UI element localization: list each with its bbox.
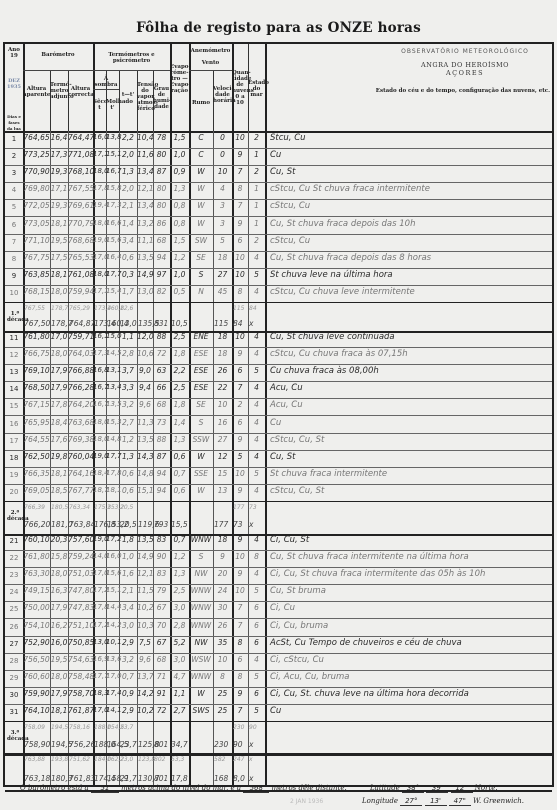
cell-cor: 768,10: [68, 167, 93, 176]
cell-rumo: SSE: [189, 469, 213, 478]
cell-grau: 80: [153, 184, 170, 193]
summary-value: 20,5: [120, 504, 133, 511]
cell-grau: 83: [153, 535, 170, 544]
cell-ten: 9,6: [137, 400, 153, 409]
cell-mar: 4: [248, 569, 265, 578]
observatory-stamp: OBSERVATÓRIO METEOROLÓGICO ANGRA DO HERO…: [385, 48, 545, 77]
table-row: 16765,9518,4763,6818,015,32,711,3731,4S1…: [5, 416, 552, 434]
cell-mol: 15,0: [106, 332, 119, 340]
cell-nuv: 2: [232, 400, 248, 409]
day-number: 3: [7, 169, 21, 177]
cell-mol: 16,0: [106, 552, 119, 560]
cell-seco: 17,0: [93, 569, 106, 577]
cell-vel: 0: [213, 150, 232, 159]
summary-value: 801: [154, 740, 168, 749]
cell-seco: 18,0: [93, 219, 106, 227]
day-number: 25: [7, 605, 21, 613]
day-number: 16: [7, 420, 21, 428]
summary-value: 230: [214, 740, 228, 749]
cell-vel: 3: [213, 219, 232, 228]
cell-mol: 14,5: [106, 349, 119, 357]
cell-rumo: WNW: [189, 535, 213, 544]
cell-mol: 16,4: [106, 253, 119, 261]
table-row: 9763,8518,1761,0818,017,70,314,9971,0S27…: [5, 268, 552, 286]
cell-mol: 14,8: [106, 435, 119, 443]
cell-ten: 13,5: [137, 535, 153, 544]
cell-remarks: Acu, Cu: [270, 383, 550, 393]
cell-grau: 83: [153, 569, 170, 578]
cell-evap: 1,4: [170, 418, 189, 427]
cell-evap: 0,8: [170, 219, 189, 228]
day-number: 21: [7, 537, 21, 545]
cell-evap: 0,7: [170, 535, 189, 544]
cell-ten: 9,6: [137, 655, 153, 664]
cell-rumo: WNW: [189, 603, 213, 612]
cell-remarks: Acu, Cu: [270, 400, 550, 410]
summary-value: 84: [249, 305, 257, 312]
table-row: 14768,5017,9766,2816,713,43,39,4662,5ESE…: [5, 381, 552, 399]
cell-cor: 747,83: [68, 603, 93, 612]
cell-cor: 758,48: [68, 672, 93, 681]
cell-remarks: cStcu, Cu: [270, 236, 550, 246]
summary-value: x: [249, 319, 253, 328]
cell-vel: 24: [213, 586, 232, 595]
cell-evap: 3,0: [170, 603, 189, 612]
cell-alt: 769,10: [23, 366, 50, 375]
cell-seco: 19,4: [93, 201, 106, 209]
cell-evap: 1,0: [170, 270, 189, 279]
cell-seco: 17,8: [93, 184, 106, 192]
cell-ter: 19,5: [50, 236, 68, 245]
cell-evap: 1,8: [170, 400, 189, 409]
cell-grau: 82: [153, 287, 170, 296]
page-title: Fôlha de registo para as ONZE horas: [0, 20, 557, 36]
longitude-seconds: 47": [449, 797, 471, 806]
cell-cor: 769,61: [68, 201, 93, 210]
summary-value: 247: [233, 756, 244, 763]
cell-vel: 15: [213, 469, 232, 478]
barometer-text-1: O barómetro está a: [20, 784, 89, 792]
cell-rumo: ENE: [189, 332, 213, 341]
day-number: 29: [7, 674, 21, 682]
summary-value: 73: [249, 504, 257, 511]
summary-value: 766,20: [24, 520, 50, 529]
cell-diff: 0,3: [119, 270, 137, 279]
day-number: 26: [7, 623, 21, 631]
table-row: 13769,1017,9766,8816,813,13,79,0632,2ESE…: [5, 364, 552, 382]
cell-remarks: Ci, Cu, bruma: [270, 621, 550, 631]
cell-mol: 13,4: [106, 383, 119, 391]
day-number: 6: [7, 221, 21, 229]
summary-value: x: [249, 520, 253, 529]
table-row: 31764,1018,1761,8717,014,12,910,2722,7SW…: [5, 704, 552, 722]
summary-value: 90: [233, 740, 243, 749]
cell-evap: 2,7: [170, 706, 189, 715]
cell-grau: 68: [153, 655, 170, 664]
col-evaporometro: Evapo-róme-tro — Evapo-ração: [170, 64, 189, 94]
register-sheet: Ano 19 DEZ 1935 Dias e fases da lua Baró…: [3, 42, 554, 787]
received-stamp: 2 JAN 1936: [290, 798, 323, 805]
cell-vel: 10: [213, 655, 232, 664]
cell-evap: 1,2: [170, 552, 189, 561]
cell-rumo: WSW: [189, 655, 213, 664]
cell-grau: 80: [153, 150, 170, 159]
cell-seco: 17,1: [93, 150, 106, 158]
cell-mar: 5: [248, 706, 265, 715]
cell-cor: 763,68: [68, 418, 93, 427]
latitude-seconds: 12": [451, 784, 473, 793]
summary-value: 767,50: [24, 319, 50, 328]
cell-mol: 17,4: [106, 689, 119, 697]
cell-nuv: 7: [232, 621, 248, 630]
cell-grau: 90: [153, 552, 170, 561]
cell-cor: 759,71: [68, 332, 93, 341]
cell-cor: 747,80: [68, 586, 93, 595]
cell-mar: 2: [248, 167, 265, 176]
table-row: 10768,1518,0759,9417,115,41,713,0820,5N4…: [5, 285, 552, 303]
table-row: 2773,2517,3771,0817,115,12,011,6801,0C09…: [5, 148, 552, 166]
cell-alt: 761,80: [23, 552, 50, 561]
col-remarks: Estado do céu e do tempo, configuração d…: [260, 88, 550, 94]
cell-vel: 12: [213, 452, 232, 461]
table-row: 30759,9017,9758,7018,317,40,914,2911,1W2…: [5, 687, 552, 705]
cell-ter: 19,8: [50, 452, 68, 461]
cell-nuv: 8: [232, 184, 248, 193]
cell-diff: 1,2: [119, 435, 137, 444]
cell-cor: 761,87: [68, 706, 93, 715]
cell-ter: 17,3: [50, 150, 68, 159]
cell-cor: 764,03: [68, 349, 93, 358]
cell-nuv: 7: [232, 383, 248, 392]
cell-mar: 6: [248, 638, 265, 647]
cell-grau: 78: [153, 133, 170, 142]
cell-vel: 45: [213, 287, 232, 296]
cell-mol: 14,2: [106, 621, 119, 629]
cell-grau: 94: [153, 253, 170, 262]
table-row: 20769,0518,5767,7718,718,10,615,1940,6W1…: [5, 484, 552, 502]
cell-rumo: W: [189, 201, 213, 210]
cell-remarks: Cu: [270, 706, 550, 716]
cell-alt: 770,90: [23, 167, 50, 176]
cell-mar: 4: [248, 418, 265, 427]
cell-alt: 767,75: [23, 253, 50, 262]
cell-grau: 91: [153, 689, 170, 698]
day-number: 2: [7, 152, 21, 160]
cell-nuv: 9: [232, 219, 248, 228]
cell-ter: 17,1: [50, 184, 68, 193]
cell-rumo: ESE: [189, 349, 213, 358]
days-label: Dias e fases da lua: [5, 114, 23, 132]
cell-vel: 26: [213, 366, 232, 375]
cell-vel: 4: [213, 184, 232, 193]
table-row: 11761,8017,0759,7116,115,01,112,0882,5EN…: [5, 330, 552, 348]
cell-diff: 3,0: [119, 621, 137, 630]
cell-grau: 86: [153, 219, 170, 228]
summary-value: 758,16: [69, 724, 90, 731]
cell-mol: 13,6: [106, 655, 119, 663]
cell-nuv: 9: [232, 689, 248, 698]
cell-mol: 17,8: [106, 469, 119, 477]
barometer-text-3: metros dêle distante.: [272, 784, 347, 792]
day-number: 17: [7, 437, 21, 445]
summary-value: 180,5: [51, 504, 68, 511]
cell-diff: 1,0: [119, 552, 137, 561]
cell-nuv: 10: [232, 552, 248, 561]
cell-ten: 9,0: [137, 366, 153, 375]
cell-alt: 764,55: [23, 435, 50, 444]
cell-grau: 72: [153, 706, 170, 715]
cell-mol: 13,1: [106, 366, 119, 374]
day-number: 5: [7, 203, 21, 211]
cell-nuv: 6: [232, 366, 248, 375]
cell-ten: 14,9: [137, 270, 153, 279]
cell-mol: 13,8: [106, 133, 119, 141]
year-label: Ano 19: [5, 47, 23, 59]
cell-ter: 17,0: [50, 332, 68, 341]
cell-diff: 1,4: [119, 219, 137, 228]
cell-seco: 18,0: [93, 435, 106, 443]
cell-remarks: cStcu, Cu, St: [270, 435, 550, 445]
cell-cor: 761,08: [68, 270, 93, 279]
cell-alt: 763,30: [23, 569, 50, 578]
cell-evap: 2,5: [170, 383, 189, 392]
cell-seco: 17,3: [93, 349, 106, 357]
cell-cor: 766,88: [68, 366, 93, 375]
cell-seco: 17,2: [93, 621, 106, 629]
day-number: 20: [7, 488, 21, 496]
cell-cor: 758,70: [68, 689, 93, 698]
cell-alt: 762,50: [23, 452, 50, 461]
cell-mar: 4: [248, 400, 265, 409]
cell-vel: 13: [213, 486, 232, 495]
decade-label: 2.ª década: [7, 510, 23, 522]
cell-rumo: SW: [189, 236, 213, 245]
cell-seco: 18,0: [93, 167, 106, 175]
cell-nuv: 10: [232, 253, 248, 262]
cell-diff: 2,0: [119, 150, 137, 159]
summary-value: 763,84: [69, 520, 95, 529]
cell-vel: 27: [213, 435, 232, 444]
cell-grau: 94: [153, 486, 170, 495]
cell-alt: 759,90: [23, 689, 50, 698]
cell-mar: 4: [248, 435, 265, 444]
cell-alt: 764,10: [23, 706, 50, 715]
cell-diff: 1,3: [119, 452, 137, 461]
summary-value: 34,7: [171, 740, 188, 749]
cell-ten: 10,2: [137, 603, 153, 612]
cell-ten: 9,4: [137, 383, 153, 392]
cell-diff: 0,6: [119, 253, 137, 262]
cell-mol: 17,3: [106, 201, 119, 209]
cell-vel: 10: [213, 400, 232, 409]
cell-ter: 18,0: [50, 672, 68, 681]
cell-seco: 17,0: [93, 706, 106, 714]
cell-cor: 765,53: [68, 253, 93, 262]
cell-ten: 14,3: [137, 452, 153, 461]
cell-seco: 19,0: [93, 535, 106, 543]
cell-diff: 0,9: [119, 689, 137, 698]
cell-ten: 10,6: [137, 349, 153, 358]
summary-value: 73: [233, 520, 243, 529]
cell-grau: 72: [153, 349, 170, 358]
cell-diff: 2,0: [119, 184, 137, 193]
cell-ten: 13,4: [137, 167, 153, 176]
day-number: 22: [7, 554, 21, 562]
decade-summary-first: 1.ª década767,55178,7765,29173,4160,812,…: [5, 302, 552, 333]
table-row: 4769,8017,1767,5517,815,82,012,1801,3W48…: [5, 182, 552, 200]
table-row: 18762,5019,8760,0419,017,71,314,3870,6W1…: [5, 450, 552, 468]
cell-ter: 18,5: [50, 486, 68, 495]
cell-rumo: W: [189, 486, 213, 495]
table-row: 21760,1020,3757,6019,017,21,813,5830,7WN…: [5, 533, 552, 551]
day-number: 10: [7, 289, 21, 297]
cell-mol: 15,1: [106, 150, 119, 158]
cell-seco: 16,8: [93, 366, 106, 374]
cell-cor: 771,08: [68, 150, 93, 159]
cell-alt: 773,05: [23, 219, 50, 228]
cell-ten: 13,7: [137, 672, 153, 681]
cell-ter: 17,6: [50, 435, 68, 444]
cell-remarks: cStcu, Cu, St: [270, 486, 550, 496]
cell-mar: 5: [248, 469, 265, 478]
cell-grau: 87: [153, 167, 170, 176]
cell-mar: 4: [248, 486, 265, 495]
summary-value: 793: [154, 520, 168, 529]
cell-mol: 16,7: [106, 167, 119, 175]
cell-rumo: W: [189, 689, 213, 698]
cell-nuv: 9: [232, 569, 248, 578]
cell-remarks: cStcu, Cu: [270, 201, 550, 211]
summary-value: 194,5: [51, 724, 68, 731]
summary-value: 20,5: [120, 520, 137, 529]
summary-value: 12,6: [120, 305, 133, 312]
anemometer-header: Anemómetro: [189, 48, 232, 54]
day-number: 19: [7, 471, 21, 479]
summary-value: 763,18: [24, 774, 50, 783]
cell-seco: 18,0: [93, 418, 106, 426]
cell-evap: 3,0: [170, 655, 189, 664]
cell-nuv: 7: [232, 706, 248, 715]
cell-mol: 15,6: [106, 569, 119, 577]
cell-cor: 760,04: [68, 452, 93, 461]
col-nuvens: Quan-tidade de nuvens 0 a 10: [232, 70, 248, 106]
cell-rumo: SE: [189, 253, 213, 262]
cell-nuv: 10: [232, 586, 248, 595]
cell-seco: 17,7: [93, 672, 106, 680]
cell-grau: 73: [153, 418, 170, 427]
col-molhado: Molhado t': [106, 99, 119, 111]
day-number: 14: [7, 385, 21, 393]
cell-seco: 16,7: [93, 383, 106, 391]
summary-value: 17,8: [171, 774, 188, 783]
cell-mar: 4: [248, 287, 265, 296]
summary-value: 751,62: [69, 756, 90, 763]
longitude-degrees: 27°: [400, 797, 422, 806]
col-t-diff: t—t': [119, 92, 137, 98]
stamp-arc-text: OBSERVATÓRIO METEOROLÓGICO: [385, 48, 545, 55]
col-velocidade: Veloci-dade horária: [213, 86, 232, 104]
table-row: 29760,6018,0758,4817,717,00,713,7714,7WN…: [5, 670, 552, 688]
cell-cor: 751,10: [68, 621, 93, 630]
barometer-text-2: metros acima do nível do mar, e a: [121, 784, 241, 792]
cell-diff: 3,4: [119, 236, 137, 245]
cell-cor: 750,85: [68, 638, 93, 647]
summary-value: x: [249, 774, 253, 783]
summary-value: 23,7: [120, 724, 133, 731]
day-number: 28: [7, 657, 21, 665]
cell-mar: 4: [248, 253, 265, 262]
stamp-place: ANGRA DO HEROÍSMO: [385, 61, 545, 69]
cell-ten: 10,3: [137, 621, 153, 630]
cell-ten: 10,4: [137, 133, 153, 142]
day-number: 1: [7, 135, 21, 143]
cell-nuv: 7: [232, 603, 248, 612]
table-row: 12766,7518,0764,0317,314,52,810,6721,8ES…: [5, 347, 552, 365]
col-termometro-adjunto: Termó-metro adjunto: [50, 82, 68, 100]
cell-evap: 2,8: [170, 621, 189, 630]
cell-rumo: W: [189, 452, 213, 461]
day-number: 8: [7, 255, 21, 263]
cell-nuv: 7: [232, 167, 248, 176]
summary-value: 178,7: [51, 305, 68, 312]
cell-vel: 20: [213, 569, 232, 578]
cell-remarks: Cu, St bruma: [270, 586, 550, 596]
cell-rumo: W: [189, 167, 213, 176]
cell-mol: 18,1: [106, 486, 119, 494]
cell-grau: 63: [153, 366, 170, 375]
summary-value: 84: [233, 319, 243, 328]
cell-remarks: Cu, St chuva fraca depois das 8 horas: [270, 253, 550, 263]
cell-mar: 4: [248, 452, 265, 461]
cell-alt: 764,65: [23, 133, 50, 142]
summary-value: 177: [233, 504, 244, 511]
table-row: 26754,1016,2751,1017,214,23,010,3702,8WN…: [5, 619, 552, 637]
cell-rumo: N: [189, 287, 213, 296]
cell-nuv: 10: [232, 332, 248, 341]
cell-remarks: Ci, Cu, St. chuva leve na última hora de…: [270, 689, 550, 699]
cell-rumo: ESE: [189, 366, 213, 375]
cell-alt: 772,05: [23, 201, 50, 210]
cell-grau: 80: [153, 201, 170, 210]
cell-evap: 1,3: [170, 435, 189, 444]
cell-diff: 0,6: [119, 469, 137, 478]
cell-ten: 10,2: [137, 706, 153, 715]
day-number: 30: [7, 691, 21, 699]
cell-cor: 764,16: [68, 469, 93, 478]
day-number: 12: [7, 351, 21, 359]
cell-rumo: WNW: [189, 621, 213, 630]
barometer-height: 51: [91, 784, 119, 793]
cell-mar: 5: [248, 672, 265, 681]
cell-alt: 760,60: [23, 672, 50, 681]
cell-diff: 1,3: [119, 167, 137, 176]
cell-nuv: 9: [232, 349, 248, 358]
cell-nuv: 9: [232, 535, 248, 544]
table-row: 17764,5517,6769,3818,014,81,213,5881,3SS…: [5, 433, 552, 451]
cell-ten: 13,4: [137, 201, 153, 210]
cell-evap: 1,5: [170, 236, 189, 245]
cell-alt: 771,10: [23, 236, 50, 245]
cell-diff: 2,9: [119, 638, 137, 647]
summary-value: 767,55: [24, 305, 45, 312]
cell-alt: 768,50: [23, 383, 50, 392]
cell-ter: 19,3: [50, 167, 68, 176]
barometer-header: Barómetro: [23, 52, 93, 58]
cell-seco: 18,4: [93, 469, 106, 477]
thermometers-header: Termómetros e psicrómetro: [93, 52, 170, 64]
day-number: 15: [7, 402, 21, 410]
cell-remarks: Stcu, Cu: [270, 133, 550, 143]
